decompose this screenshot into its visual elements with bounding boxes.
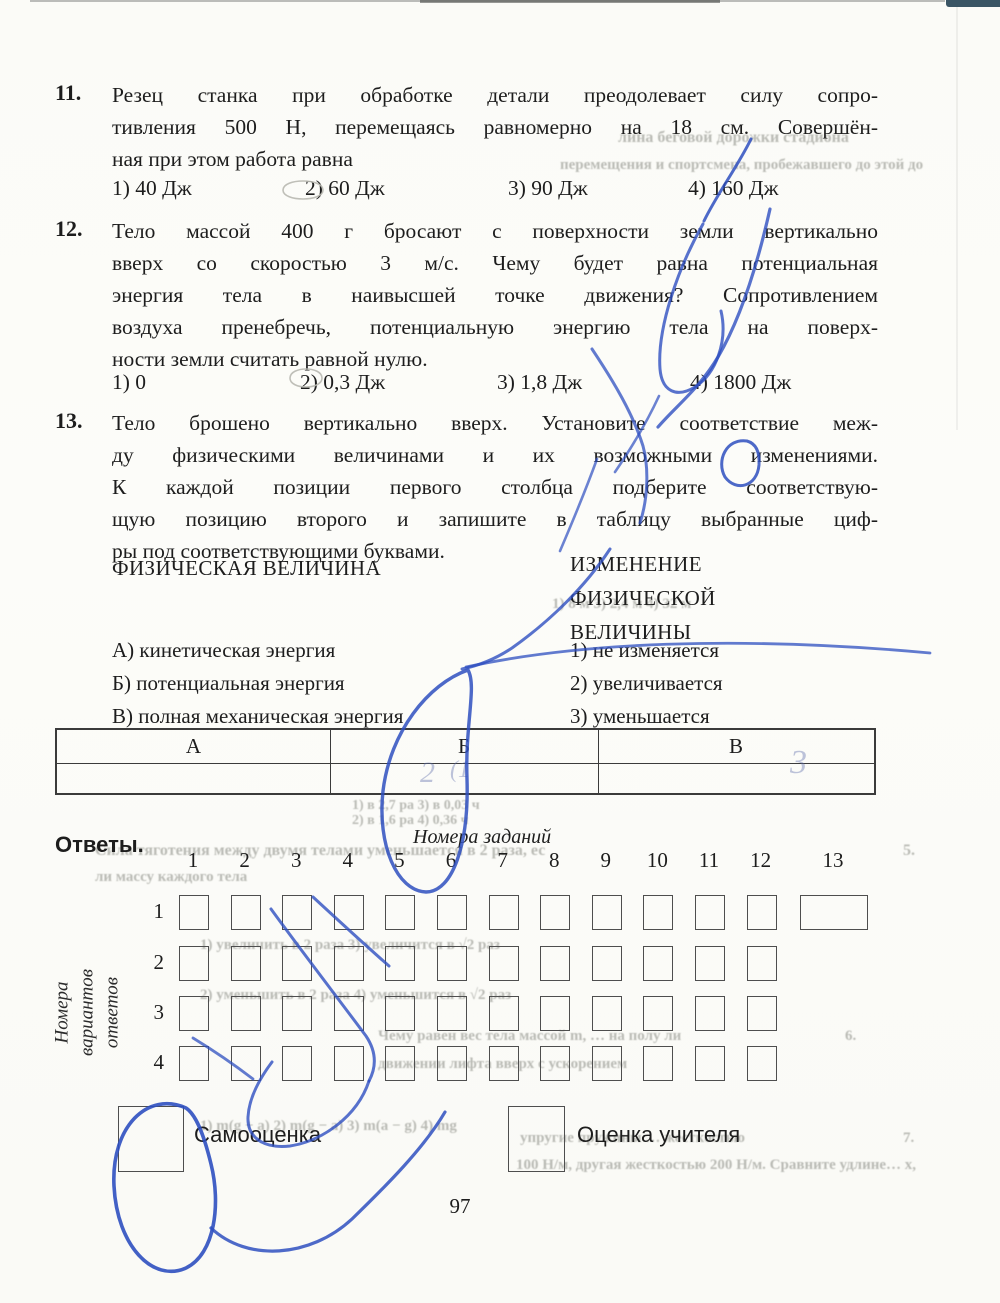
answer-box-r2-c6[interactable] bbox=[437, 946, 467, 981]
answer-box-r4-c10[interactable] bbox=[643, 1046, 673, 1081]
question-11-line-3: ная при этом работа равна bbox=[112, 144, 878, 174]
answer-box-r3-c4[interactable] bbox=[334, 996, 364, 1031]
answer-box-r3-c3[interactable] bbox=[282, 996, 312, 1031]
answer-box-r1-c8[interactable] bbox=[540, 895, 570, 930]
answer-box-r4-c2[interactable] bbox=[231, 1046, 261, 1081]
grid-row-number-2: 2 bbox=[140, 950, 164, 975]
answer-box-r4-c6[interactable] bbox=[437, 1046, 467, 1081]
answer-box-r4-c11[interactable] bbox=[695, 1046, 725, 1081]
question-11-option-2: 2) 60 Дж bbox=[305, 176, 385, 201]
question-11-option-4: 4) 160 Дж bbox=[688, 176, 778, 201]
grid-column-number-8: 8 bbox=[539, 848, 569, 873]
grid-column-number-3: 3 bbox=[281, 848, 311, 873]
answer-box-r1-c6[interactable] bbox=[437, 895, 467, 930]
answer-box-r2-c4[interactable] bbox=[334, 946, 364, 981]
teacher-grade-box[interactable] bbox=[508, 1106, 565, 1172]
answer-box-r3-c9[interactable] bbox=[592, 996, 622, 1031]
answer-box-r1-c3[interactable] bbox=[282, 895, 312, 930]
answer-box-r1-c4[interactable] bbox=[334, 895, 364, 930]
answer-box-r4-c7[interactable] bbox=[489, 1046, 519, 1081]
answer-box-r4-c3[interactable] bbox=[282, 1046, 312, 1081]
answer-box-r2-c5[interactable] bbox=[385, 946, 415, 981]
question-12-option-4: 4) 1800 Дж bbox=[690, 370, 791, 395]
matching-change-3: 3) уменьшается bbox=[570, 704, 710, 729]
question-13-line-3: К каждой позиции первого столбца подбери… bbox=[112, 472, 878, 502]
self-assessment-label: Самооценка bbox=[194, 1122, 321, 1148]
answer-box-r1-c12[interactable] bbox=[747, 895, 777, 930]
task-numbers-label: Номера заданий bbox=[413, 826, 551, 849]
matching-item-b: Б) потенциальная энергия bbox=[112, 671, 345, 696]
grid-column-number-11: 11 bbox=[694, 848, 724, 873]
question-11-option-1: 1) 40 Дж bbox=[112, 176, 192, 201]
answer-box-r2-c3[interactable] bbox=[282, 946, 312, 981]
question-12-option-2: 2) 0,3 Дж bbox=[300, 370, 385, 395]
grid-column-number-7: 7 bbox=[488, 848, 518, 873]
answer-box-r2-c2[interactable] bbox=[231, 946, 261, 981]
grid-column-number-13: 13 bbox=[818, 848, 848, 873]
question-12-option-3: 3) 1,8 Дж bbox=[497, 370, 582, 395]
matching-item-a: А) кинетическая энергия bbox=[112, 638, 335, 663]
matching-item-v: В) полная механическая энергия bbox=[112, 704, 403, 729]
grid-column-number-1: 1 bbox=[178, 848, 208, 873]
answer-box-r4-c1[interactable] bbox=[179, 1046, 209, 1081]
answer-box-r2-c1[interactable] bbox=[179, 946, 209, 981]
table-answer-cell-v[interactable] bbox=[598, 765, 874, 792]
faint-handwriting-1: 2 bbox=[420, 756, 435, 790]
answer-box-r1-c9[interactable] bbox=[592, 895, 622, 930]
matching-change-2: 2) увеличивается bbox=[570, 671, 723, 696]
grid-row-number-4: 4 bbox=[140, 1050, 164, 1075]
grid-row-number-1: 1 bbox=[140, 899, 164, 924]
grid-column-number-12: 12 bbox=[746, 848, 776, 873]
teacher-grade-label: Оценка учителя bbox=[577, 1122, 740, 1148]
answer-box-r3-c5[interactable] bbox=[385, 996, 415, 1031]
faint-handwriting-2: (1 bbox=[450, 757, 470, 784]
answer-box-r2-c10[interactable] bbox=[643, 946, 673, 981]
grid-column-number-2: 2 bbox=[230, 848, 260, 873]
answer-box-r4-c12[interactable] bbox=[747, 1046, 777, 1081]
answer-variants-label: Номера вариантов ответов bbox=[50, 883, 125, 1143]
question-12-line-3: энергия тела в наивысшей точке движения?… bbox=[112, 280, 878, 310]
answer-box-r3-c7[interactable] bbox=[489, 996, 519, 1031]
answer-box-r4-c4[interactable] bbox=[334, 1046, 364, 1081]
answer-box-r2-c8[interactable] bbox=[540, 946, 570, 981]
matching-change-1: 1) не изменяется bbox=[570, 638, 719, 663]
answer-box-r3-c6[interactable] bbox=[437, 996, 467, 1031]
question-11-line-2: тивления 500 Н, перемещаясь равномерно н… bbox=[112, 112, 878, 142]
question-12-option-1: 1) 0 bbox=[112, 370, 146, 395]
answers-label: Ответы. bbox=[55, 832, 144, 858]
answer-variants-label-line1: Номера bbox=[50, 883, 75, 1143]
question-13-line-5: ры под соответствующими буквами. bbox=[112, 536, 878, 566]
answer-box-r2-c7[interactable] bbox=[489, 946, 519, 981]
grid-column-number-4: 4 bbox=[333, 848, 363, 873]
answer-box-r3-c10[interactable] bbox=[643, 996, 673, 1031]
page-edge-shadow bbox=[956, 0, 958, 430]
question-13-line-2: ду физическими величинами и их возможным… bbox=[112, 440, 878, 470]
answer-box-r3-c1[interactable] bbox=[179, 996, 209, 1031]
answer-box-r3-c2[interactable] bbox=[231, 996, 261, 1031]
answer-variants-label-line2: вариантов bbox=[75, 883, 100, 1143]
question-11-line-1: Резец станка при обработке детали преодо… bbox=[112, 80, 878, 110]
answer-box-r1-c2[interactable] bbox=[231, 895, 261, 930]
scan-corner-mark bbox=[946, 0, 1000, 7]
grid-column-number-5: 5 bbox=[384, 848, 414, 873]
table-header-a: А bbox=[57, 734, 330, 759]
question-11-option-3: 3) 90 Дж bbox=[508, 176, 588, 201]
question-12-number: 12. bbox=[55, 216, 83, 242]
grid-column-number-10: 10 bbox=[642, 848, 672, 873]
grid-column-number-6: 6 bbox=[436, 848, 466, 873]
answer-box-r4-c5[interactable] bbox=[385, 1046, 415, 1081]
grid-row-number-3: 3 bbox=[140, 1000, 164, 1025]
workbook-page: 11. 12. 13. ФИЗИЧЕСКАЯ ВЕЛИЧИНА ИЗМЕНЕНИ… bbox=[0, 0, 1000, 1303]
faint-handwriting-3: 3 bbox=[790, 744, 807, 782]
page-number: 97 bbox=[420, 1194, 500, 1219]
answer-box-r2-c11[interactable] bbox=[695, 946, 725, 981]
answer-variants-label-line3: ответов bbox=[100, 883, 125, 1143]
bleedthrough-text-16: 100 Н/м, другая жесткостью 200 Н/м. Срав… bbox=[516, 1157, 916, 1174]
scan-top-edge-dark bbox=[420, 0, 720, 3]
question-12-line-4: воздуха пренебречь, потенциальную энерги… bbox=[112, 312, 878, 342]
matching-right-header-line2: ФИЗИЧЕСКОЙ bbox=[570, 586, 716, 611]
answer-box-r2-c9[interactable] bbox=[592, 946, 622, 981]
bleedthrough-text-17: 7. bbox=[903, 1130, 914, 1147]
answer-box-r1-c10[interactable] bbox=[643, 895, 673, 930]
answer-box-r4-c9[interactable] bbox=[592, 1046, 622, 1081]
answer-box-r1-c13-wide[interactable] bbox=[800, 895, 868, 930]
question-13-line-4: щую позицию второго и запишите в таблицу… bbox=[112, 504, 878, 534]
table-answer-cell-a[interactable] bbox=[57, 765, 330, 792]
question-13-line-1: Тело брошено вертикально вверх. Установи… bbox=[112, 408, 878, 438]
table-header-v: В bbox=[598, 734, 874, 759]
answer-box-r4-c8[interactable] bbox=[540, 1046, 570, 1081]
grid-column-number-9: 9 bbox=[591, 848, 621, 873]
answer-box-r3-c8[interactable] bbox=[540, 996, 570, 1031]
answer-box-r3-c12[interactable] bbox=[747, 996, 777, 1031]
question-12-line-2: вверх со скоростью 3 м/с. Чему будет рав… bbox=[112, 248, 878, 278]
question-11-number: 11. bbox=[55, 80, 81, 106]
answer-box-r1-c11[interactable] bbox=[695, 895, 725, 930]
bleedthrough-text-8: 5. bbox=[903, 842, 915, 860]
bleedthrough-text-4: 1) в 2,7 ра 3) в 0,03 ч bbox=[352, 798, 480, 814]
answer-box-r1-c7[interactable] bbox=[489, 895, 519, 930]
answer-box-r3-c11[interactable] bbox=[695, 996, 725, 1031]
question-12-line-1: Тело массой 400 г бросают с поверхности … bbox=[112, 216, 878, 246]
answer-box-r2-c12[interactable] bbox=[747, 946, 777, 981]
answer-box-r1-c5[interactable] bbox=[385, 895, 415, 930]
bleedthrough-text-13: 6. bbox=[845, 1028, 856, 1045]
self-assessment-box[interactable] bbox=[118, 1106, 184, 1172]
question-13-number: 13. bbox=[55, 408, 83, 434]
table-header-b: Б bbox=[330, 734, 598, 759]
bleedthrough-text-11: Чему равен вес тела массой m, … на полу … bbox=[378, 1028, 681, 1045]
answer-box-r1-c1[interactable] bbox=[179, 895, 209, 930]
